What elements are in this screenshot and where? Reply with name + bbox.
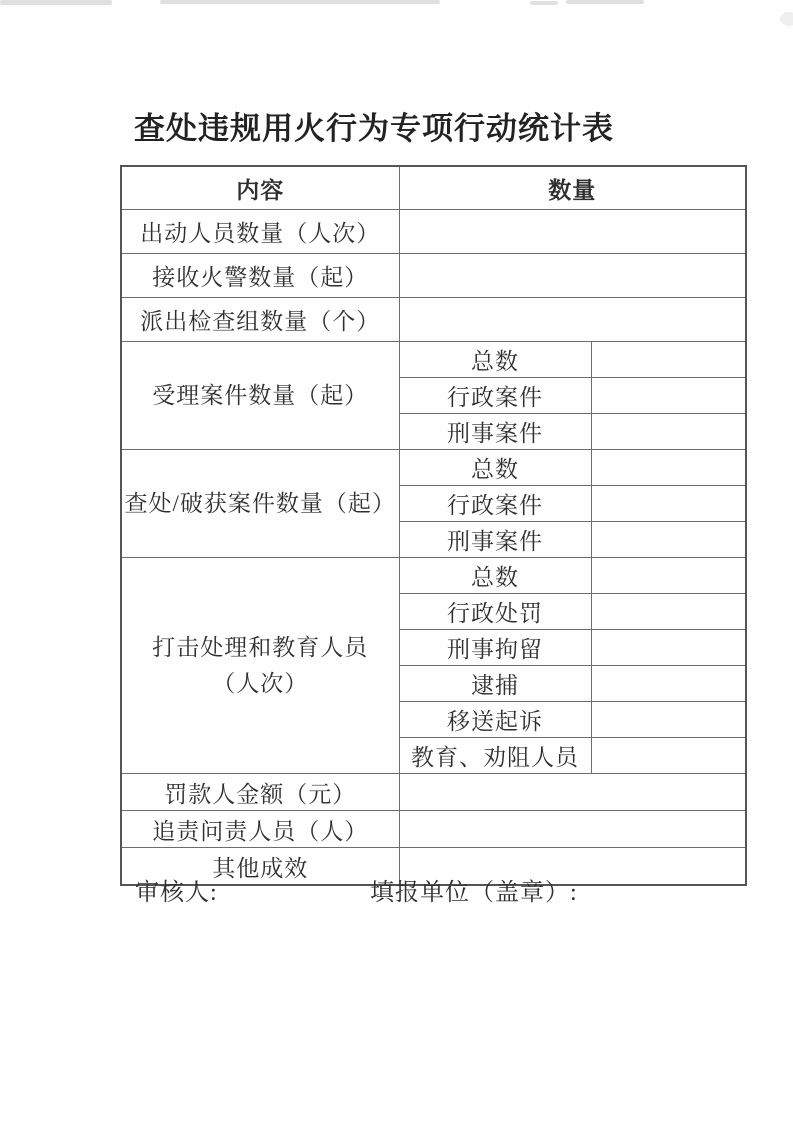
table-row: 派出检查组数量（个） [121,298,746,342]
sub-row-value-cell [591,486,746,522]
table-header-row: 内容 数量 [121,166,746,210]
sub-row-label: 总数 [399,450,591,486]
sub-row-label: 刑事拘留 [399,630,591,666]
header-quantity: 数量 [399,166,746,210]
scan-artifact [530,1,558,5]
table-row: 接收火警数量（起） [121,254,746,298]
sub-row-value-cell [591,738,746,774]
group-label-cell: 打击处理和教育人员 （人次） [121,558,399,774]
row-label: 罚款人金额（元） [121,774,399,811]
sub-row-value-cell [591,342,746,378]
scan-artifact [0,0,112,5]
sub-row-value-cell [591,414,746,450]
row-label: 追责问责人员（人） [121,811,399,848]
row-value-cell [399,811,746,848]
scan-artifact [566,0,644,4]
table-row: 打击处理和教育人员 （人次） 总数 [121,558,746,594]
sub-row-label: 教育、劝阻人员 [399,738,591,774]
header-content: 内容 [121,166,399,210]
sub-row-label: 移送起诉 [399,702,591,738]
group-label-cell: 查处/破获案件数量（起） [121,450,399,558]
reporting-unit-label: 填报单位（盖章）: [370,872,578,907]
table-row: 罚款人金额（元） [121,774,746,811]
sub-row-label: 刑事案件 [399,414,591,450]
table-row: 追责问责人员（人） [121,811,746,848]
group-label-line2: （人次） [122,666,399,702]
scanned-document-page: 查处违规用火行为专项行动统计表 内容 数量 出动人员数量（人次） 接收火警数量（… [0,0,793,1122]
sub-row-label: 行政案件 [399,486,591,522]
sub-row-value-cell [591,378,746,414]
group-label: 查处/破获案件数量（起） [122,486,399,522]
page-title: 查处违规用火行为专项行动统计表 [0,103,748,148]
sub-row-label: 行政案件 [399,378,591,414]
row-value-cell [399,774,746,811]
row-value-cell [399,298,746,342]
group-label: 受理案件数量（起） [122,378,399,414]
table-row: 出动人员数量（人次） [121,210,746,254]
row-label: 出动人员数量（人次） [121,210,399,254]
sub-row-value-cell [591,702,746,738]
sub-row-value-cell [591,522,746,558]
row-value-cell [399,210,746,254]
group-label-cell: 受理案件数量（起） [121,342,399,450]
sub-row-value-cell [591,594,746,630]
table-row: 查处/破获案件数量（起） 总数 [121,450,746,486]
statistics-table: 内容 数量 出动人员数量（人次） 接收火警数量（起） 派出检查组数量（个） 受理… [120,165,747,886]
sub-row-label: 总数 [399,558,591,594]
sub-row-label: 逮捕 [399,666,591,702]
scan-artifact [160,0,440,4]
table-row: 受理案件数量（起） 总数 [121,342,746,378]
group-label: 打击处理和教育人员 [122,630,399,666]
sub-row-label: 行政处罚 [399,594,591,630]
sub-row-value-cell [591,666,746,702]
sub-row-label: 总数 [399,342,591,378]
sub-row-value-cell [591,450,746,486]
row-label: 接收火警数量（起） [121,254,399,298]
sub-row-value-cell [591,558,746,594]
row-value-cell [399,254,746,298]
row-label: 派出检查组数量（个） [121,298,399,342]
scan-artifact [780,12,793,26]
reviewer-label: 审核人: [135,872,218,907]
sub-row-label: 刑事案件 [399,522,591,558]
sub-row-value-cell [591,630,746,666]
